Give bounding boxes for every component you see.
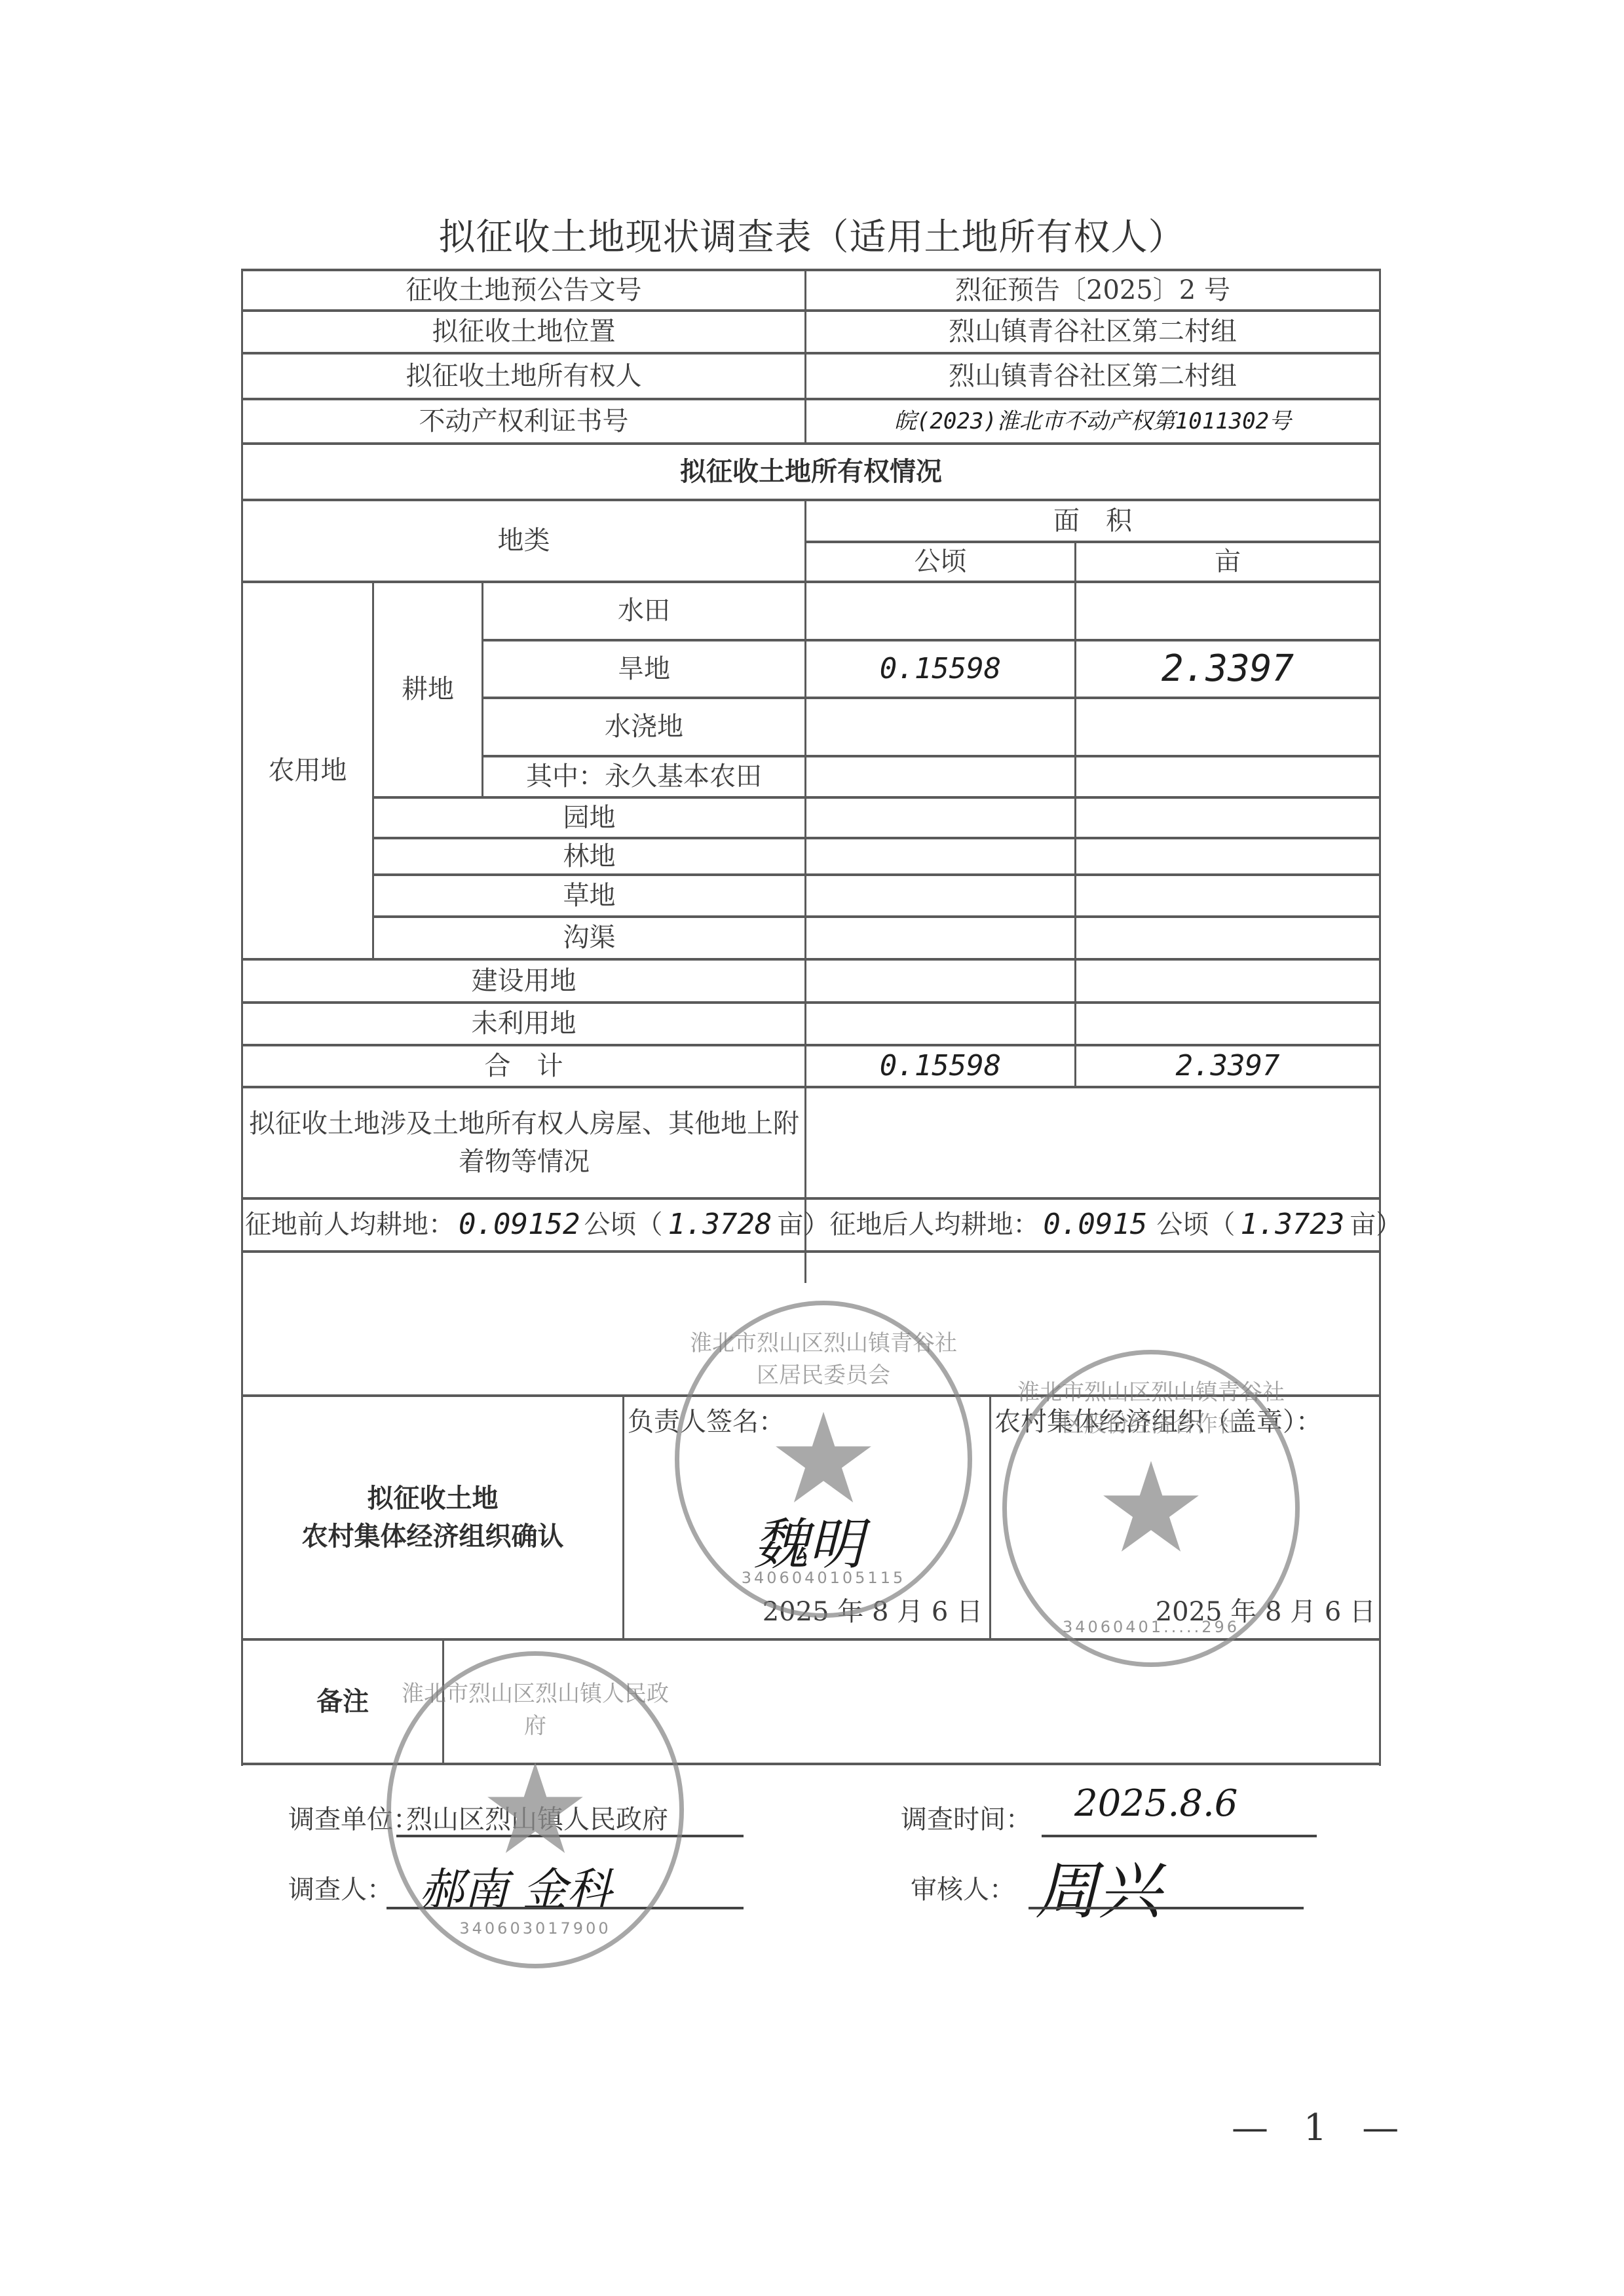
- stamp-code: 340603017900: [391, 1919, 679, 1938]
- attachments-label: 拟征收土地涉及土地所有权人房屋、其他地上附着物等情况: [249, 1088, 799, 1197]
- land-type-header: 地类: [243, 501, 804, 581]
- per-capita-after-hectare: 0.0915: [1043, 1206, 1147, 1244]
- survey-time-label: 调查时间：: [901, 1799, 1032, 1836]
- star-icon: ★: [1095, 1446, 1207, 1571]
- land-type-irrigated: 水浇地: [483, 698, 804, 755]
- land-type-dry: 旱地: [483, 641, 804, 697]
- per-capita-before-mu-unit: 亩）: [777, 1206, 829, 1244]
- land-type-grassland: 草地: [374, 875, 804, 915]
- notice-number-value: 烈征预告〔2025〕2 号: [806, 271, 1379, 309]
- row-line: [241, 1763, 1381, 1765]
- row-line: [241, 1250, 1381, 1253]
- ditch-mu: [1076, 917, 1379, 958]
- land-type-paddy: 水田: [483, 583, 804, 639]
- land-location-label: 拟征收土地位置: [243, 311, 804, 352]
- construction-mu: [1076, 960, 1379, 1001]
- irrigated-hectare: [806, 698, 1074, 755]
- land-owner-label: 拟征收土地所有权人: [243, 354, 804, 398]
- irrigated-mu: [1076, 698, 1379, 755]
- confirmation-label: 拟征收土地 农村集体经济组织确认: [243, 1396, 622, 1638]
- certificate-number-label: 不动产权利证书号: [243, 400, 804, 442]
- forest-hectare: [806, 839, 1074, 873]
- per-capita-after-mu: 1.3723: [1240, 1206, 1344, 1244]
- garden-hectare: [806, 798, 1074, 837]
- agricultural-land-group: 农用地: [243, 583, 372, 958]
- ownership-section-title: 拟征收土地所有权情况: [243, 444, 1379, 499]
- ditch-hectare: [806, 917, 1074, 958]
- total-hectare: 0.15598: [806, 1046, 1074, 1086]
- table-border-right: [1379, 269, 1381, 1766]
- col-line: [622, 1394, 624, 1638]
- org-date: 2025 年 8 月 6 日: [1107, 1592, 1376, 1632]
- signer-date: 2025 年 8 月 6 日: [708, 1592, 983, 1632]
- per-capita-row: 征地前人均耕地： 0.09152 公顷（ 1.3728 亩） 征地后人均耕地： …: [245, 1199, 1378, 1250]
- survey-unit-label: 调查单位：: [288, 1799, 419, 1836]
- farmland-hectare: [806, 757, 1074, 796]
- certificate-number-value: 皖(2023)淮北市不动产权第1011302号: [806, 400, 1379, 442]
- per-capita-before-label: 征地前人均耕地：: [245, 1206, 455, 1244]
- document-title: 拟征收土地现状调查表（适用土地所有权人）: [0, 208, 1624, 261]
- notice-number-label: 征收土地预公告文号: [243, 271, 804, 309]
- per-capita-before-unit: 公顷（: [584, 1206, 662, 1244]
- signer-signature: 魏明: [753, 1501, 863, 1580]
- signer-label: 负责人签名：: [628, 1402, 955, 1442]
- grassland-mu: [1076, 875, 1379, 915]
- org-stamp-label: 农村集体经济组织（盖章）：: [994, 1402, 1381, 1442]
- dry-hectare: 0.15598: [806, 641, 1074, 697]
- confirmation-label-line1: 拟征收土地: [368, 1480, 499, 1518]
- col-line: [804, 1250, 806, 1283]
- land-location-value: 烈山镇青谷社区第二村组: [806, 311, 1379, 352]
- survey-time-value: 2025.8.6: [1074, 1782, 1237, 1825]
- land-type-forest: 林地: [374, 839, 804, 873]
- forest-mu: [1076, 839, 1379, 873]
- total-label: 合 计: [243, 1046, 804, 1086]
- per-capita-before-hectare: 0.09152: [459, 1206, 580, 1244]
- stamp-text: 淮北市烈山区烈山镇青谷社区居民委员会: [679, 1325, 968, 1389]
- mu-header: 亩: [1076, 543, 1379, 581]
- survey-time-underline: [1042, 1835, 1317, 1837]
- construction-hectare: [806, 960, 1074, 1001]
- reviewer-signature: 周兴: [1035, 1841, 1161, 1931]
- remarks-value: [444, 1640, 1379, 1763]
- land-type-garden: 园地: [374, 798, 804, 837]
- dry-mu: 2.3397: [1076, 641, 1379, 697]
- per-capita-after-mu-unit: 亩）: [1350, 1206, 1402, 1244]
- surveyor-underline: [387, 1907, 744, 1909]
- garden-mu: [1076, 798, 1379, 837]
- remarks-label: 备注: [243, 1640, 442, 1763]
- cultivated-land-group: 耕地: [374, 583, 482, 796]
- page-number: — 1 —: [1232, 2107, 1410, 2149]
- col-line: [989, 1394, 991, 1638]
- per-capita-before-mu: 1.3728: [668, 1206, 772, 1244]
- land-type-unused: 未利用地: [243, 1003, 804, 1044]
- paddy-mu: [1076, 583, 1379, 639]
- land-type-ditch: 沟渠: [374, 917, 804, 958]
- hectare-header: 公顷: [806, 543, 1074, 581]
- land-owner-value: 烈山镇青谷社区第二村组: [806, 354, 1379, 398]
- reviewer-underline: [1029, 1907, 1304, 1909]
- reviewer-label: 审核人：: [911, 1869, 1015, 1906]
- total-mu: 2.3397: [1076, 1046, 1379, 1086]
- confirmation-label-line2: 农村集体经济组织确认: [302, 1518, 564, 1556]
- survey-unit-underline: [396, 1835, 744, 1837]
- paddy-hectare: [806, 583, 1074, 639]
- land-type-permanent-basic-farmland: 其中：永久基本农田: [483, 757, 804, 796]
- unused-mu: [1076, 1003, 1379, 1044]
- per-capita-after-label: 征地后人均耕地：: [829, 1206, 1039, 1244]
- land-type-construction: 建设用地: [243, 960, 804, 1001]
- attachments-value: [806, 1088, 1379, 1197]
- survey-unit-value: 烈山区烈山镇人民政府: [406, 1799, 668, 1836]
- farmland-mu: [1076, 757, 1379, 796]
- grassland-hectare: [806, 875, 1074, 915]
- surveyor-label: 调查人：: [288, 1869, 393, 1906]
- per-capita-after-unit: 公顷（: [1156, 1206, 1235, 1244]
- area-header: 面 积: [806, 501, 1379, 541]
- unused-hectare: [806, 1003, 1074, 1044]
